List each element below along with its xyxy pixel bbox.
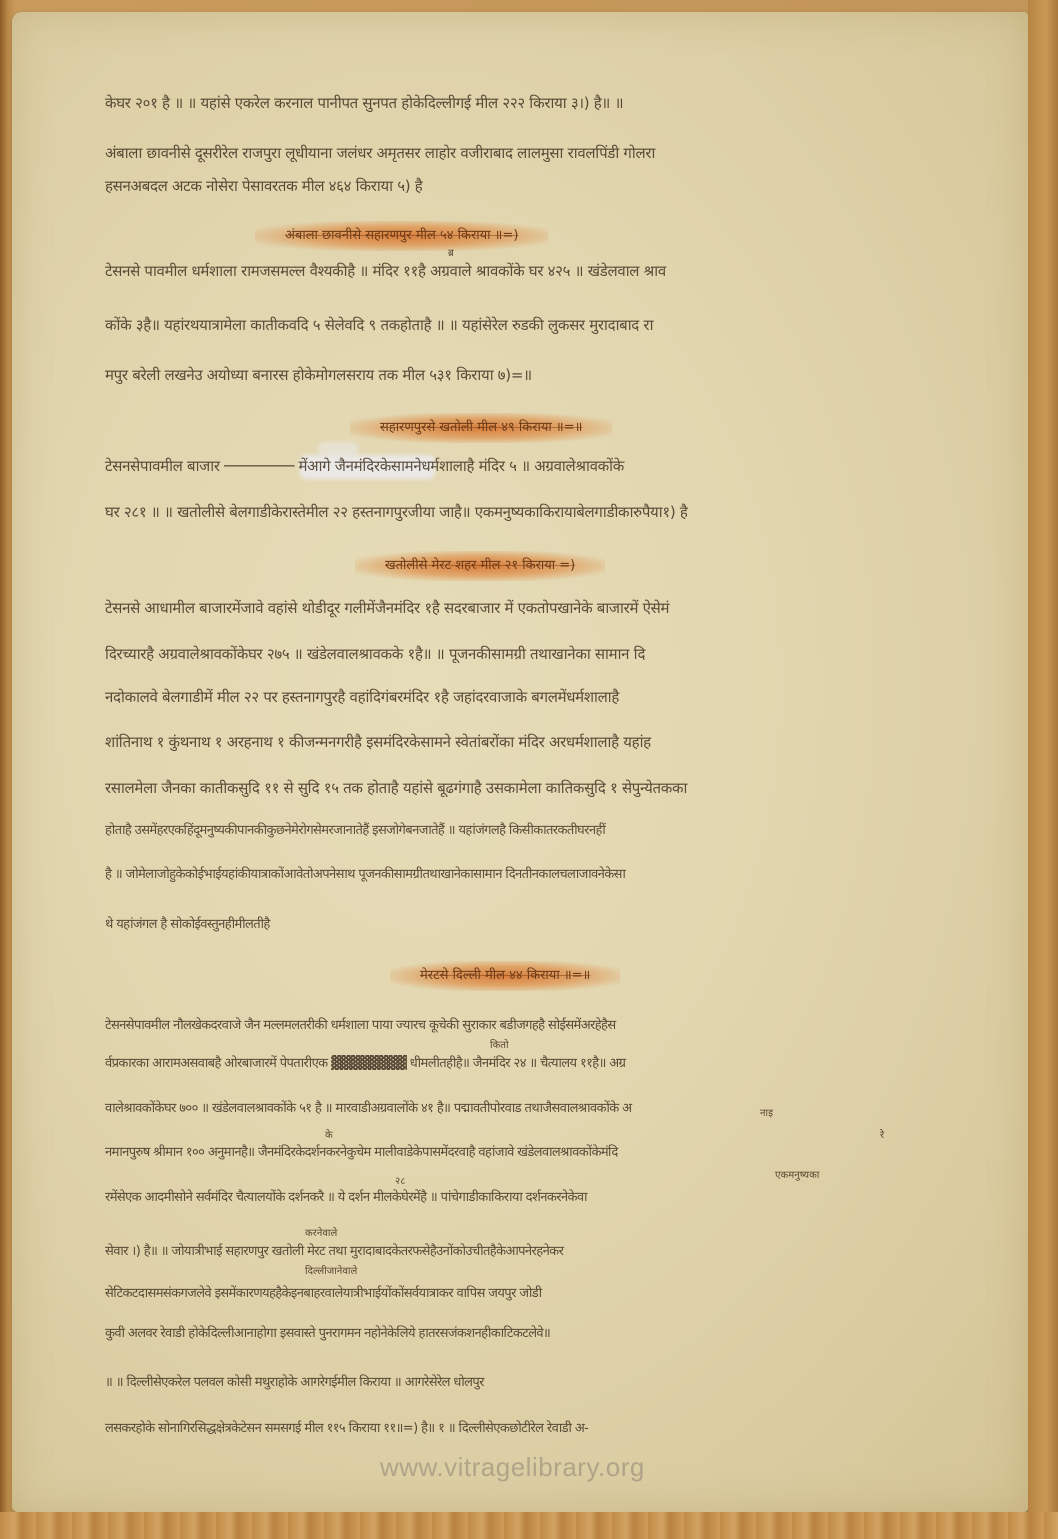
manuscript-line: टेसनसेपावमील बाजार ──────── मेंआगे जैनमं…	[105, 455, 995, 477]
frame-edge-bottom	[0, 1512, 1058, 1539]
manuscript-line: दिरच्यारहै अग्रवालेश्रावकोंकेघर २७५ ॥ खं…	[105, 643, 995, 665]
interlinear-note: ब्र	[448, 248, 454, 260]
manuscript-line: रमेंसेएक आदमीसोने सर्वमंदिर चैत्यालयोंके…	[105, 1187, 995, 1209]
manuscript-line: नमानपुरुष श्रीमान १०० अनुमानहै॥ जैनमंदिर…	[105, 1142, 995, 1164]
manuscript-line: अंबाला छावनीसे दूसरीरेल राजपुरा लूधीयाना…	[105, 142, 995, 164]
section-heading: सहारणपुरसे खतोली मील ४९ किराया ॥=॥	[350, 413, 612, 443]
interlinear-note: रे	[880, 1130, 884, 1142]
interlinear-note: २८	[395, 1176, 405, 1188]
manuscript-line: है ॥ जोमेलाजोहुकेकोईभाईयहांकीयात्राकोंआव…	[105, 864, 995, 886]
watermark: www.vitragelibrary.org	[380, 1452, 645, 1483]
interlinear-note: नाइ	[760, 1108, 773, 1120]
manuscript-line: ॥ ॥ दिल्लीसेएकरेल पलवल कोसी मथुराहोके आग…	[105, 1372, 995, 1394]
frame-edge-right	[1028, 0, 1058, 1539]
interlinear-note: एकमनुष्यका	[775, 1170, 819, 1182]
manuscript-line: थे यहांजंगल है सोकोईवस्तुनहीमीलतीहै	[105, 914, 995, 936]
section-heading: अंबाला छावनीसे सहारणपुर मील ५४ किराया ॥=…	[255, 221, 548, 251]
manuscript-line: टेसनसे आधामील बाजारमेंजावे वहांसे थोडीदू…	[105, 597, 995, 619]
manuscript-line: घर २८१ ॥ ॥ खतोलीसे बेलगाडीकेरास्तेमील २२…	[105, 501, 995, 523]
manuscript-line: हसनअबदल अटक नोसेरा पेसावरतक मील ४६४ किरा…	[105, 175, 995, 197]
manuscript-line: वालेश्रावकोंकेघर ७०० ॥ खंडेलवालश्रावकोंक…	[105, 1098, 995, 1120]
manuscript-line: सेवार ।) है॥ ॥ जोयात्रीभाई सहारणपुर खतोल…	[105, 1241, 995, 1263]
manuscript-line: टेसनसे पावमील धर्मशाला रामजसमल्ल वैश्यकी…	[105, 260, 995, 282]
interlinear-note: दिल्लीजानेवाले	[305, 1266, 357, 1278]
manuscript-line: शांतिनाथ १ कुंथनाथ १ अरहनाथ १ कीजन्मनगरी…	[105, 731, 995, 753]
interlinear-note: के	[325, 1130, 333, 1142]
interlinear-note: करनेवाले	[305, 1228, 337, 1240]
manuscript-line: मपुर बरेली लखनेउ अयोध्या बनारस होकेमोगलस…	[105, 364, 995, 386]
manuscript-line: केघर २०१ है ॥ ॥ यहांसे एकरेल करनाल पानीप…	[105, 92, 995, 114]
manuscript-line: कुवी अलवर रेवाडी होकेदिल्लीआनाहोगा इसवास…	[105, 1323, 995, 1345]
section-heading: मेरटसे दिल्ली मील ४४ किराया ॥=॥	[390, 961, 620, 991]
manuscript-line: र्वप्रकारका आरामअसवाबहै ओरबाजारमें पेपता…	[105, 1053, 995, 1075]
manuscript-line: कोंके ३है॥ यहांरथयात्रामेला कातीकवदि ५ स…	[105, 314, 995, 336]
interlinear-note: कितो	[490, 1040, 509, 1052]
manuscript-line: सेटिकटदासमसंकगजलेवे इसमेंकारणयहहैकेइनबाह…	[105, 1283, 995, 1305]
manuscript-line: टेसनसेपावमील नौलखेकदरवाजे जैन मल्लमलतरीक…	[105, 1015, 995, 1037]
manuscript-line: होताहै उसमेंहरएकहिंदूमनुष्यकीपानकीकुछनेम…	[105, 820, 995, 842]
section-heading: खतोलीसे मेरट शहर मील २१ किराया =)	[355, 551, 605, 581]
manuscript-line: लसकरहोके सोनागिरसिद्धक्षेत्रकेटेसन समसगई…	[105, 1418, 995, 1440]
manuscript-line: रसालमेला जैनका कातीकसुदि ११ से सुदि १५ त…	[105, 777, 995, 799]
manuscript-line: नदोकालवे बेलगाडीमें मील २२ पर हस्तनागपुर…	[105, 686, 995, 708]
erasure-smudge-2	[318, 442, 358, 456]
